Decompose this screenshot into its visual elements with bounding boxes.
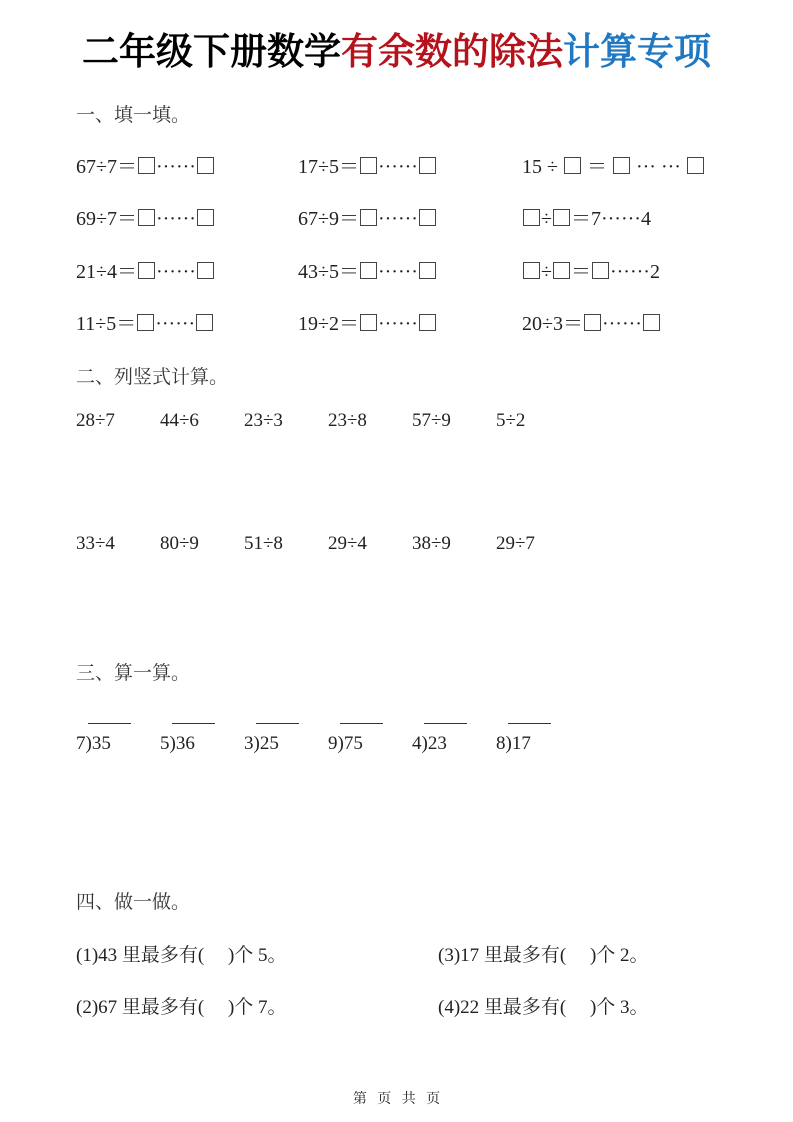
expr: 67÷9＝ <box>298 208 359 230</box>
quotient-box[interactable] <box>584 314 601 331</box>
remainder-box[interactable] <box>687 157 704 174</box>
ellipsis: ······ <box>378 156 418 178</box>
dividend: 23 <box>428 733 447 754</box>
remainder-box[interactable] <box>197 157 214 174</box>
dividend: 35 <box>92 733 111 754</box>
expr: 11÷5＝ <box>76 313 136 335</box>
expr: 19÷2＝ <box>298 313 359 335</box>
result-text: ＝7······4 <box>571 208 651 230</box>
vertical-calc-item: 5÷2 <box>496 410 525 432</box>
quotient-box[interactable] <box>138 157 155 174</box>
dividend: 25 <box>260 733 279 754</box>
remainder-text: ······2 <box>610 261 660 283</box>
vertical-calc-item: 44÷6 <box>160 410 199 432</box>
divisor: 7) <box>76 733 92 754</box>
quotient-box[interactable] <box>360 209 377 226</box>
expr: 21÷4＝ <box>76 261 137 283</box>
vertical-calc-item: 28÷7 <box>76 410 115 432</box>
fill-item: 21÷4＝······ <box>76 255 215 284</box>
remainder-box[interactable] <box>196 314 213 331</box>
expr: 43÷5＝ <box>298 261 359 283</box>
expr: 67÷7＝ <box>76 156 137 178</box>
vertical-calc-item: 23÷8 <box>328 410 367 432</box>
fill-item: 20÷3＝······ <box>522 307 661 336</box>
divisor: 5) <box>160 733 176 754</box>
fill-item: 67÷7＝······ <box>76 150 215 179</box>
fill-item: 67÷9＝······ <box>298 202 437 231</box>
fill-item: 43÷5＝······ <box>298 255 437 284</box>
divisor-box[interactable] <box>564 157 581 174</box>
vertical-calc-item: 33÷4 <box>76 533 115 555</box>
vertical-calc-item: 80÷9 <box>160 533 199 555</box>
quotient-box[interactable] <box>138 209 155 226</box>
fill-item: 19÷2＝······ <box>298 307 437 336</box>
long-division-item: 3)25 <box>244 733 279 755</box>
fill-item: 69÷7＝······ <box>76 202 215 231</box>
question-1: (1)43 里最多有( )个 5。 <box>76 940 287 967</box>
long-division-item: 5)36 <box>160 733 195 755</box>
quotient-box[interactable] <box>592 262 609 279</box>
vertical-calc-item: 23÷3 <box>244 410 283 432</box>
ellipsis: ······ <box>156 156 196 178</box>
dividend-box[interactable] <box>523 262 540 279</box>
section2-heading: 二、列竖式计算。 <box>76 362 228 389</box>
expr: 17÷5＝ <box>298 156 359 178</box>
section3-heading: 三、算一算。 <box>76 658 190 685</box>
fill-item: ÷＝7······4 <box>522 202 651 231</box>
division-bar <box>340 723 383 724</box>
fill-item: ÷＝······2 <box>522 255 660 284</box>
long-division-item: 8)17 <box>496 733 531 755</box>
page-footer: 第 页 共 页 <box>0 1088 793 1108</box>
quotient-box[interactable] <box>613 157 630 174</box>
vertical-calc-item: 57÷9 <box>412 410 451 432</box>
equals: ＝ <box>571 261 591 283</box>
division-bar <box>172 723 215 724</box>
ellipsis: ······ <box>378 261 418 283</box>
remainder-box[interactable] <box>197 209 214 226</box>
divisor-box[interactable] <box>553 262 570 279</box>
remainder-box[interactable] <box>419 157 436 174</box>
expr: 69÷7＝ <box>76 208 137 230</box>
fill-row-4: 11÷5＝······ 19÷2＝······ 20÷3＝······ <box>76 307 756 335</box>
quotient-box[interactable] <box>137 314 154 331</box>
fill-item: 17÷5＝······ <box>298 150 437 179</box>
dividend-box[interactable] <box>523 209 540 226</box>
question-3: (3)17 里最多有( )个 2。 <box>438 940 649 967</box>
quotient-box[interactable] <box>360 262 377 279</box>
fill-item: 15 ÷ ＝ ··· ··· <box>522 150 705 179</box>
fill-row-3: 21÷4＝······ 43÷5＝······ ÷＝······2 <box>76 255 756 283</box>
quotient-box[interactable] <box>138 262 155 279</box>
division-bar <box>508 723 551 724</box>
equals: ＝ <box>582 156 612 178</box>
expr: 15 ÷ <box>522 156 563 178</box>
page-title: 二年级下册数学有余数的除法计算专项 <box>0 28 793 76</box>
ellipsis: ······ <box>155 313 195 335</box>
ellipsis: ······ <box>602 313 642 335</box>
ellipsis: ······ <box>156 208 196 230</box>
long-division-item: 9)75 <box>328 733 363 755</box>
divisor: 3) <box>244 733 260 754</box>
question-2: (2)67 里最多有( )个 7。 <box>76 992 287 1019</box>
title-part-type: 计算专项 <box>563 30 711 73</box>
divisor: 4) <box>412 733 428 754</box>
ellipsis: ······ <box>378 208 418 230</box>
divisor: 9) <box>328 733 344 754</box>
vertical-calc-item: 51÷8 <box>244 533 283 555</box>
ellipsis: ······ <box>378 313 418 335</box>
division-bar <box>424 723 467 724</box>
vertical-calc-item: 29÷4 <box>328 533 367 555</box>
division-bar <box>88 723 131 724</box>
title-part-grade: 二年级下册数学 <box>82 30 341 73</box>
vertical-calc-item: 29÷7 <box>496 533 535 555</box>
quotient-box[interactable] <box>360 157 377 174</box>
long-division-item: 4)23 <box>412 733 447 755</box>
dividend: 17 <box>512 733 531 754</box>
long-division-item: 7)35 <box>76 733 111 755</box>
divisor: 8) <box>496 733 512 754</box>
divide-sign: ÷ <box>541 208 552 230</box>
expr: 20÷3＝ <box>522 313 583 335</box>
dividend: 75 <box>344 733 363 754</box>
fill-row-1: 67÷7＝······ 17÷5＝······ 15 ÷ ＝ ··· ··· <box>76 150 756 178</box>
dividend: 36 <box>176 733 195 754</box>
remainder-box[interactable] <box>419 262 436 279</box>
division-bar <box>256 723 299 724</box>
section4-heading: 四、做一做。 <box>76 887 190 914</box>
ellipsis: ··· ··· <box>631 156 686 178</box>
question-4: (4)22 里最多有( )个 3。 <box>438 992 649 1019</box>
ellipsis: ······ <box>156 261 196 283</box>
fill-item: 11÷5＝······ <box>76 307 214 336</box>
remainder-box[interactable] <box>419 314 436 331</box>
section1-heading: 一、填一填。 <box>76 100 190 127</box>
quotient-box[interactable] <box>360 314 377 331</box>
remainder-box[interactable] <box>419 209 436 226</box>
remainder-box[interactable] <box>643 314 660 331</box>
divisor-box[interactable] <box>553 209 570 226</box>
title-part-topic: 有余数的除法 <box>341 30 563 73</box>
fill-row-2: 69÷7＝······ 67÷9＝······ ÷＝7······4 <box>76 202 756 230</box>
vertical-calc-item: 38÷9 <box>412 533 451 555</box>
divide-sign: ÷ <box>541 261 552 283</box>
remainder-box[interactable] <box>197 262 214 279</box>
